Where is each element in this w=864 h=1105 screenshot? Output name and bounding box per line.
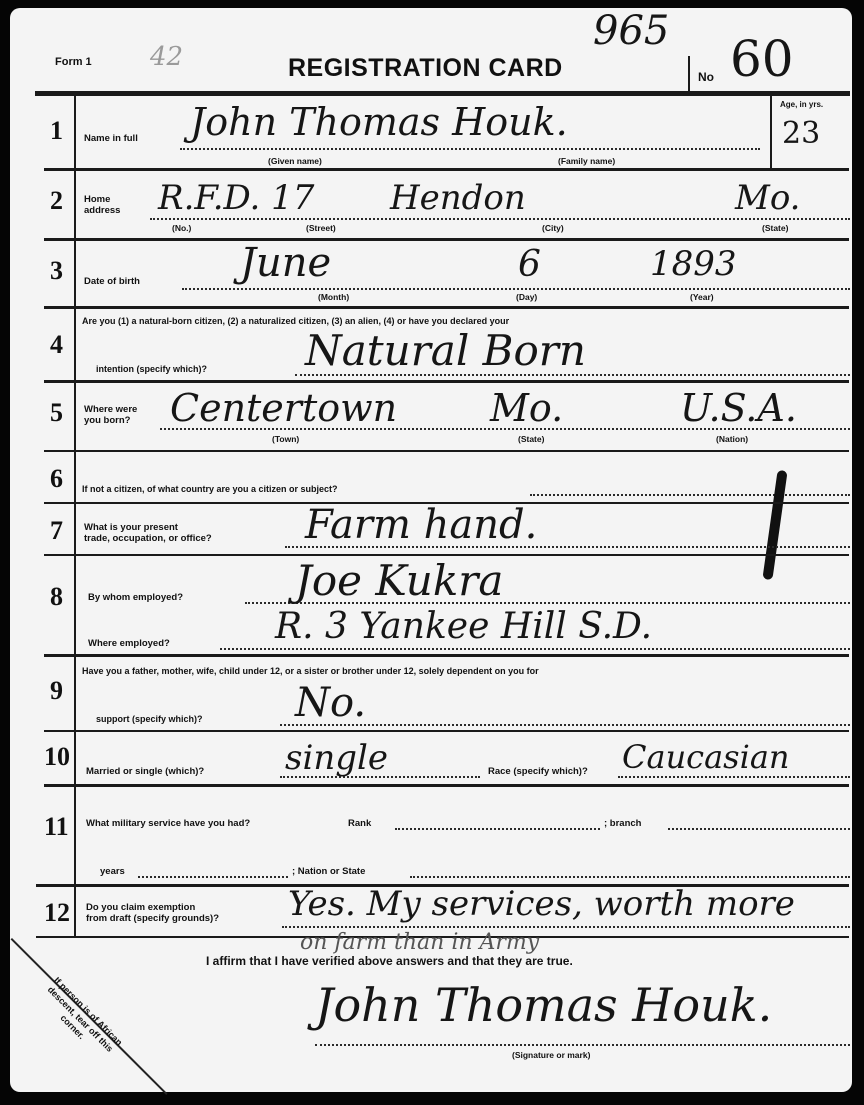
no-label: No — [698, 70, 714, 84]
dependents-value: No. — [295, 680, 366, 726]
occupation-value: Farm hand. — [305, 502, 537, 548]
occupation-label: What is your present trade, occupation, … — [84, 522, 212, 544]
address-street-caption: (Street) — [306, 223, 336, 233]
nation-or-state-label: ; Nation or State — [292, 866, 365, 877]
row-number-8: 8 — [50, 582, 63, 612]
birth-state-value: Mo. — [490, 386, 563, 430]
foreign-citizen-question: If not a citizen, of what country are yo… — [82, 484, 338, 494]
race-label: Race (specify which)? — [488, 766, 588, 777]
birth-year-caption: (Year) — [690, 292, 714, 302]
row-number-3: 3 — [50, 256, 63, 286]
marital-label: Married or single (which)? — [86, 766, 204, 777]
employer-value: Joe Kukra — [295, 556, 503, 605]
card-title: REGISTRATION CARD — [288, 54, 563, 83]
address-number-value: R.F.D. 17 — [158, 178, 314, 218]
birth-nation-value: U.S.A. — [680, 386, 797, 430]
dependents-question-2: support (specify which)? — [96, 714, 203, 724]
pencil-stroke-mark — [762, 470, 787, 580]
marital-value: single — [285, 738, 388, 778]
name-label: Name in full — [84, 133, 138, 144]
race-value: Caucasian — [622, 738, 790, 776]
address-state-caption: (State) — [762, 223, 788, 233]
home-address-label: Home address — [84, 194, 120, 216]
signature-caption: (Signature or mark) — [512, 1050, 590, 1060]
years-label: years — [100, 866, 125, 877]
row-number-11: 11 — [44, 812, 69, 842]
address-no-caption: (No.) — [172, 223, 191, 233]
branch-label: ; branch — [604, 818, 641, 829]
birth-day-caption: (Day) — [516, 292, 537, 302]
employer-label: By whom employed? — [88, 592, 183, 603]
row-number-5: 5 — [50, 398, 63, 428]
citizenship-question-2: intention (specify which)? — [96, 364, 207, 374]
address-state-value: Mo. — [735, 178, 801, 218]
registration-card: Form 1 42 REGISTRATION CARD 965 No 60 1 … — [10, 8, 852, 1092]
row-number-4: 4 — [50, 330, 63, 360]
citizenship-question: Are you (1) a natural-born citizen, (2) … — [82, 316, 509, 326]
address-city-caption: (City) — [542, 223, 564, 233]
card-number: 60 — [730, 30, 794, 88]
employment-place-value: R. 3 Yankee Hill S.D. — [275, 606, 652, 647]
top-number: 965 — [593, 8, 669, 54]
row-number-10: 10 — [44, 742, 70, 772]
birth-month-caption: (Month) — [318, 292, 349, 302]
birthplace-label: Where were you born? — [84, 404, 137, 426]
given-name-caption: (Given name) — [268, 156, 322, 166]
name-value: John Thomas Houk. — [190, 100, 568, 144]
corner-note: If person is of African descent, tear of… — [26, 965, 134, 1073]
military-service-label: What military service have you had? — [86, 818, 250, 829]
row-number-1: 1 — [50, 116, 63, 146]
birth-nation-caption: (Nation) — [716, 434, 748, 444]
dependents-question: Have you a father, mother, wife, child u… — [82, 666, 539, 676]
employment-place-label: Where employed? — [88, 638, 170, 649]
birth-state-caption: (State) — [518, 434, 544, 444]
birth-year-value: 1893 — [650, 244, 737, 284]
age-value: 23 — [782, 116, 820, 151]
citizenship-value: Natural Born — [305, 326, 586, 375]
family-name-caption: (Family name) — [558, 156, 615, 166]
exemption-label: Do you claim exemption from draft (speci… — [86, 902, 219, 924]
age-label: Age, in yrs. — [780, 100, 823, 109]
row-number-2: 2 — [50, 186, 63, 216]
row-number-9: 9 — [50, 676, 63, 706]
birth-town-value: Centertown — [170, 386, 397, 430]
birth-month-value: June — [240, 240, 331, 286]
date-of-birth-label: Date of birth — [84, 276, 140, 287]
row-number-12: 12 — [44, 898, 70, 928]
address-city-value: Hendon — [390, 178, 526, 218]
rank-label: Rank — [348, 818, 371, 829]
row-number-7: 7 — [50, 516, 63, 546]
exemption-value-continued: on farm than in Army — [300, 930, 539, 955]
signature: John Thomas Houk. — [315, 978, 772, 1032]
exemption-value: Yes. My services, worth more — [288, 884, 795, 924]
row-number-6: 6 — [50, 464, 63, 494]
pencil-number: 42 — [150, 42, 183, 72]
birth-town-caption: (Town) — [272, 434, 299, 444]
birth-day-value: 6 — [518, 244, 541, 285]
affirmation-text: I affirm that I have verified above answ… — [206, 954, 573, 968]
form-label: Form 1 — [55, 56, 92, 68]
